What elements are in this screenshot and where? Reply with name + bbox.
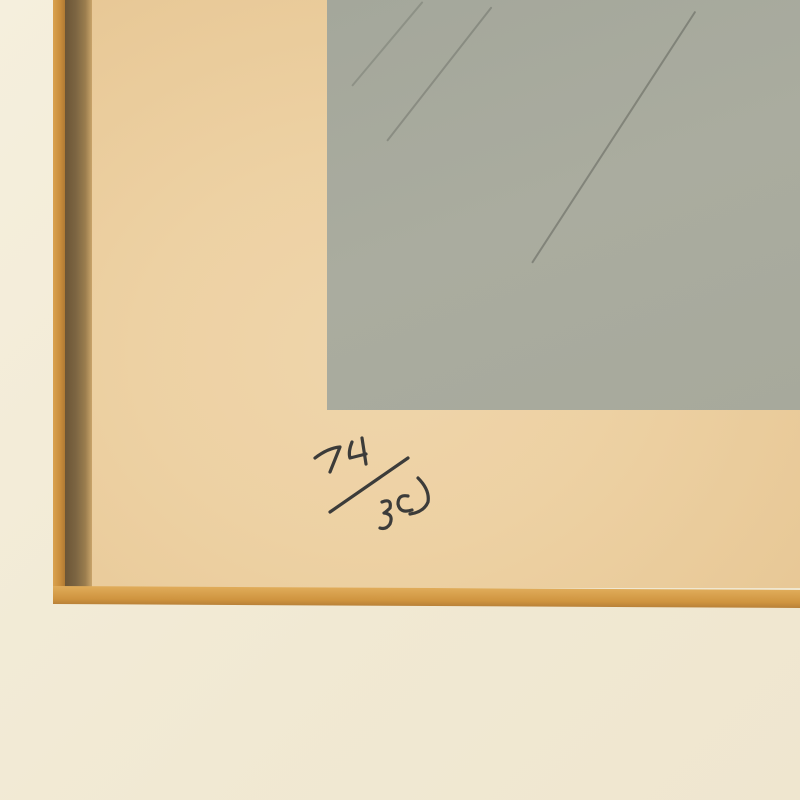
frame-inner-shadow bbox=[65, 0, 92, 588]
pencil-stroke bbox=[531, 11, 696, 264]
edition-number-handwriting bbox=[300, 420, 460, 550]
frame-left-edge bbox=[53, 0, 65, 600]
pencil-stroke bbox=[351, 1, 423, 87]
edition-number: 74/300 bbox=[300, 420, 460, 550]
gray-color-block bbox=[327, 0, 800, 410]
